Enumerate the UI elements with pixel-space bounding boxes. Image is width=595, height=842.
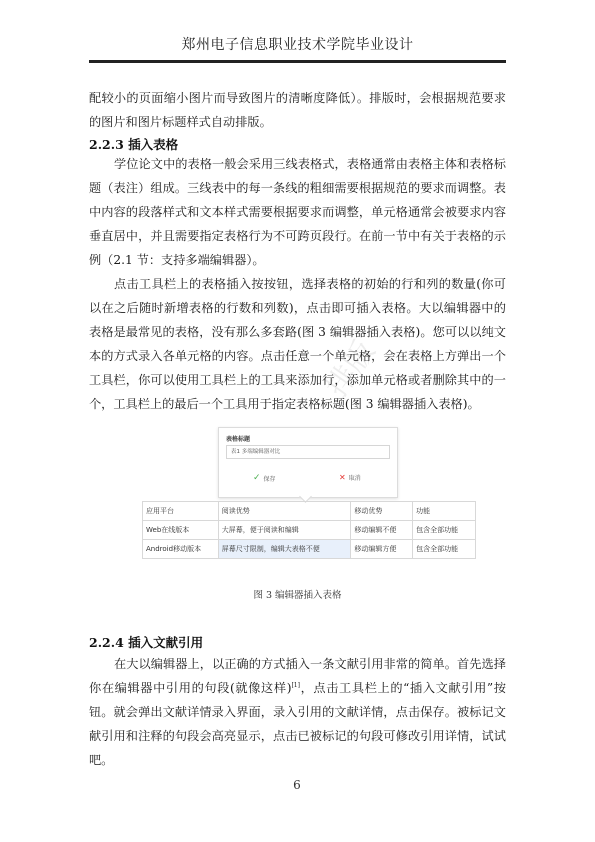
section-heading-2-2-4: 2.2.4 插入文献引用 bbox=[89, 634, 203, 652]
check-icon: ✓ bbox=[253, 473, 261, 483]
demo-table: 应用平台 阅读优势 移动优势 功能 Web在线版本 大屏幕，便于阅读和编辑 移动… bbox=[142, 501, 476, 559]
cancel-label: 取消 bbox=[349, 473, 361, 482]
paragraph-table-format: 学位论文中的表格一般会采用三线表格式，表格通常由表格主体和表格标题（表注）组成。… bbox=[89, 152, 506, 272]
cancel-button[interactable]: ✕ 取消 bbox=[339, 473, 361, 482]
table-cell[interactable]: 移动编辑不便 bbox=[351, 521, 413, 540]
figure-editor-insert-table: 表格标题 表1 多端编辑器对比 ✓ 保存 ✕ 取消 应用平台 阅读优势 移动优势… bbox=[142, 426, 476, 571]
table-title-input[interactable]: 表1 多端编辑器对比 bbox=[226, 445, 390, 459]
table-cell[interactable]: 功能 bbox=[413, 502, 476, 521]
page-header-title: 郑州电子信息职业技术学院毕业设计 bbox=[89, 36, 506, 54]
paragraph-insert-table: 点击工具栏上的表格插入按按钮，选择表格的初始的行和列的数量(你可以在之后随时新增… bbox=[89, 272, 506, 416]
popup-label: 表格标题 bbox=[226, 434, 250, 443]
figure-caption: 图 3 编辑器插入表格 bbox=[89, 587, 506, 601]
table-cell[interactable]: 应用平台 bbox=[143, 502, 219, 521]
paragraph-continued: 配较小的页面缩小图片而导致图片的清晰度降低）。排版时，会根据规范要求的图片和图片… bbox=[89, 86, 506, 134]
page-number: 6 bbox=[287, 778, 307, 792]
table-cell[interactable]: 大屏幕，便于阅读和编辑 bbox=[218, 521, 351, 540]
table-row: Web在线版本 大屏幕，便于阅读和编辑 移动编辑不便 包含全部功能 bbox=[143, 521, 476, 540]
table-cell-selected[interactable]: 屏幕尺寸限制，编辑大表格不便 bbox=[218, 540, 351, 559]
table-cell[interactable]: 移动编辑方便 bbox=[351, 540, 413, 559]
table-row: Android移动版本 屏幕尺寸限制，编辑大表格不便 移动编辑方便 包含全部功能 bbox=[143, 540, 476, 559]
table-cell[interactable]: 阅读优势 bbox=[218, 502, 351, 521]
table-cell[interactable]: 包含全部功能 bbox=[413, 540, 476, 559]
paragraph-insert-citation: 在大以编辑器上，以正确的方式插入一条文献引用非常的简单。首先选择你在编辑器中引用… bbox=[89, 652, 506, 772]
citation-marker[interactable]: [1] bbox=[291, 682, 300, 689]
save-button[interactable]: ✓ 保存 bbox=[253, 473, 276, 483]
save-label: 保存 bbox=[264, 474, 276, 483]
header-divider bbox=[89, 60, 506, 63]
table-cell[interactable]: Web在线版本 bbox=[143, 521, 219, 540]
table-cell[interactable]: 包含全部功能 bbox=[413, 521, 476, 540]
table-cell[interactable]: Android移动版本 bbox=[143, 540, 219, 559]
table-row: 应用平台 阅读优势 移动优势 功能 bbox=[143, 502, 476, 521]
table-title-popup: 表格标题 表1 多端编辑器对比 ✓ 保存 ✕ 取消 bbox=[218, 427, 398, 498]
x-icon: ✕ bbox=[339, 473, 346, 482]
table-cell[interactable]: 移动优势 bbox=[351, 502, 413, 521]
